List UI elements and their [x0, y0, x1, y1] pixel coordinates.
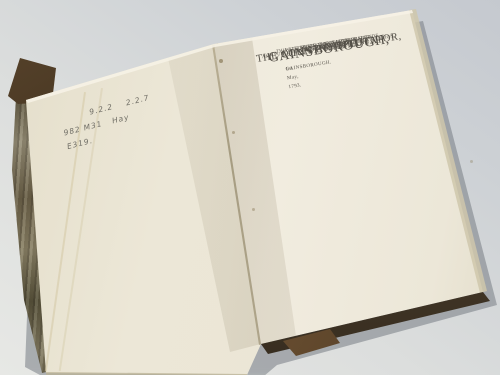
foxing-spot	[232, 131, 235, 134]
foxing-spot	[470, 160, 473, 163]
dedication-text-block: TO THE INHABITANTS OF THE TOWN OF GAINSB…	[230, 19, 458, 267]
foxing-spot	[219, 59, 223, 63]
photo-of-open-book: 9.2.2 2.2.7 982 M31 Hay E319. TO THE INH…	[0, 0, 500, 375]
